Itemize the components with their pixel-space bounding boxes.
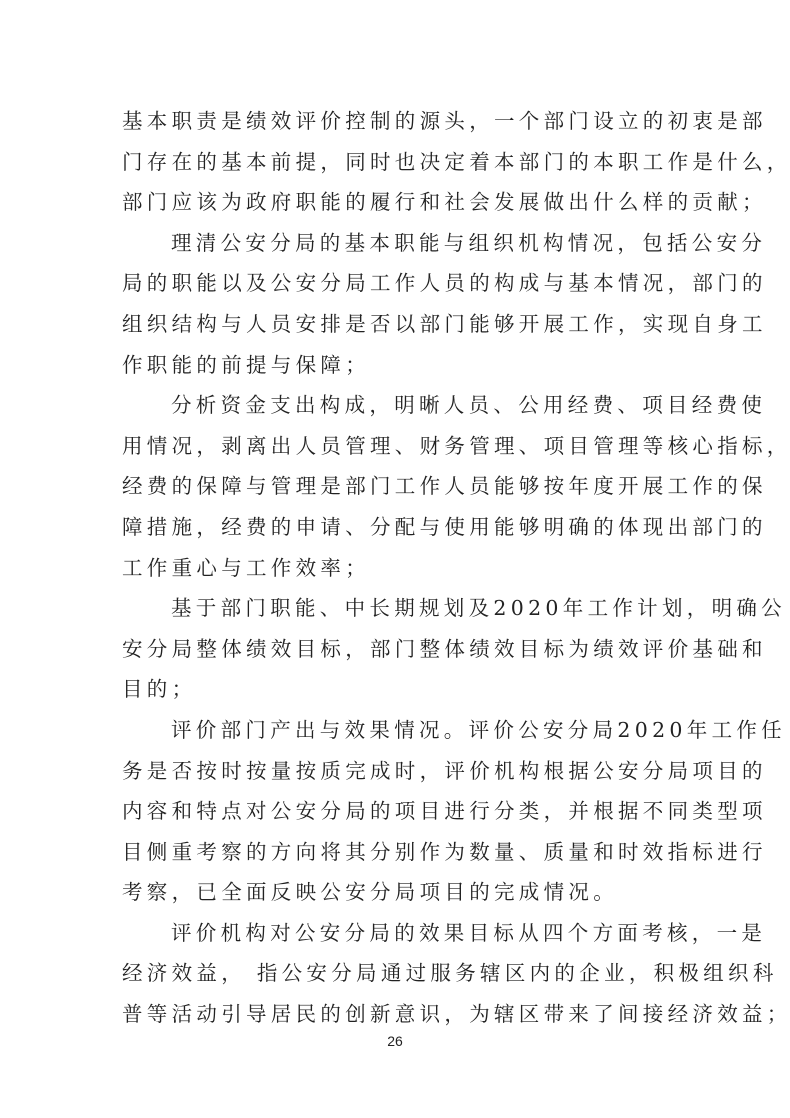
text-line: 作职能的前提与保障； bbox=[122, 345, 682, 386]
text-line: 经费的保障与管理是部门工作人员能够按年度开展工作的保 bbox=[122, 466, 682, 507]
text-line: 评价部门产出与效果情况。评价公安分局2020年工作任 bbox=[122, 710, 682, 751]
paragraph-fund-expenditure: 分析资金支出构成，明晰人员、公用经费、项目经费使 用情况，剥离出人员管理、财务管… bbox=[122, 385, 682, 588]
text-line: 普等活动引导居民的创新意识，为辖区带来了间接经济效益； bbox=[122, 994, 682, 1035]
body-text: 基本职责是绩效评价控制的源头，一个部门设立的初衷是部 门存在的基本前提，同时也决… bbox=[122, 101, 682, 1035]
text-line: 分析资金支出构成，明晰人员、公用经费、项目经费使 bbox=[122, 385, 682, 426]
text-line: 用情况，剥离出人员管理、财务管理、项目管理等核心指标， bbox=[122, 426, 682, 467]
paragraph-output-effect: 评价部门产出与效果情况。评价公安分局2020年工作任 务是否按时按量按质完成时，… bbox=[122, 710, 682, 913]
document-page: 基本职责是绩效评价控制的源头，一个部门设立的初衷是部 门存在的基本前提，同时也决… bbox=[0, 0, 790, 1118]
text-line: 工作重心与工作效率； bbox=[122, 548, 682, 589]
page-number: 26 bbox=[0, 1033, 790, 1049]
text-line: 障措施，经费的申请、分配与使用能够明确的体现出部门的 bbox=[122, 507, 682, 548]
text-line: 部门应该为政府职能的履行和社会发展做出什么样的贡献； bbox=[122, 182, 682, 223]
paragraph-basic-duties: 基本职责是绩效评价控制的源头，一个部门设立的初衷是部 门存在的基本前提，同时也决… bbox=[122, 101, 682, 223]
text-line: 内容和特点对公安分局的项目进行分类，并根据不同类型项 bbox=[122, 791, 682, 832]
text-line: 组织结构与人员安排是否以部门能够开展工作，实现自身工 bbox=[122, 304, 682, 345]
text-line: 经济效益， 指公安分局通过服务辖区内的企业，积极组织科 bbox=[122, 953, 682, 994]
paragraph-effect-goals: 评价机构对公安分局的效果目标从四个方面考核，一是 经济效益， 指公安分局通过服务… bbox=[122, 913, 682, 1035]
text-line: 目侧重考察的方向将其分别作为数量、质量和时效指标进行 bbox=[122, 832, 682, 873]
text-line: 考察，已全面反映公安分局项目的完成情况。 bbox=[122, 872, 682, 913]
paragraph-performance-goals: 基于部门职能、中长期规划及2020年工作计划，明确公 安分局整体绩效目标，部门整… bbox=[122, 588, 682, 710]
paragraph-functions-organization: 理清公安分局的基本职能与组织机构情况，包括公安分 局的职能以及公安分局工作人员的… bbox=[122, 223, 682, 385]
text-line: 务是否按时按量按质完成时，评价机构根据公安分局项目的 bbox=[122, 751, 682, 792]
text-line: 门存在的基本前提，同时也决定着本部门的本职工作是什么， bbox=[122, 142, 682, 183]
text-line: 基本职责是绩效评价控制的源头，一个部门设立的初衷是部 bbox=[122, 101, 682, 142]
text-line: 评价机构对公安分局的效果目标从四个方面考核，一是 bbox=[122, 913, 682, 954]
text-line: 理清公安分局的基本职能与组织机构情况，包括公安分 bbox=[122, 223, 682, 264]
text-line: 基于部门职能、中长期规划及2020年工作计划，明确公 bbox=[122, 588, 682, 629]
text-line: 安分局整体绩效目标，部门整体绩效目标为绩效评价基础和 bbox=[122, 629, 682, 670]
text-line: 局的职能以及公安分局工作人员的构成与基本情况，部门的 bbox=[122, 263, 682, 304]
text-line: 目的； bbox=[122, 669, 682, 710]
